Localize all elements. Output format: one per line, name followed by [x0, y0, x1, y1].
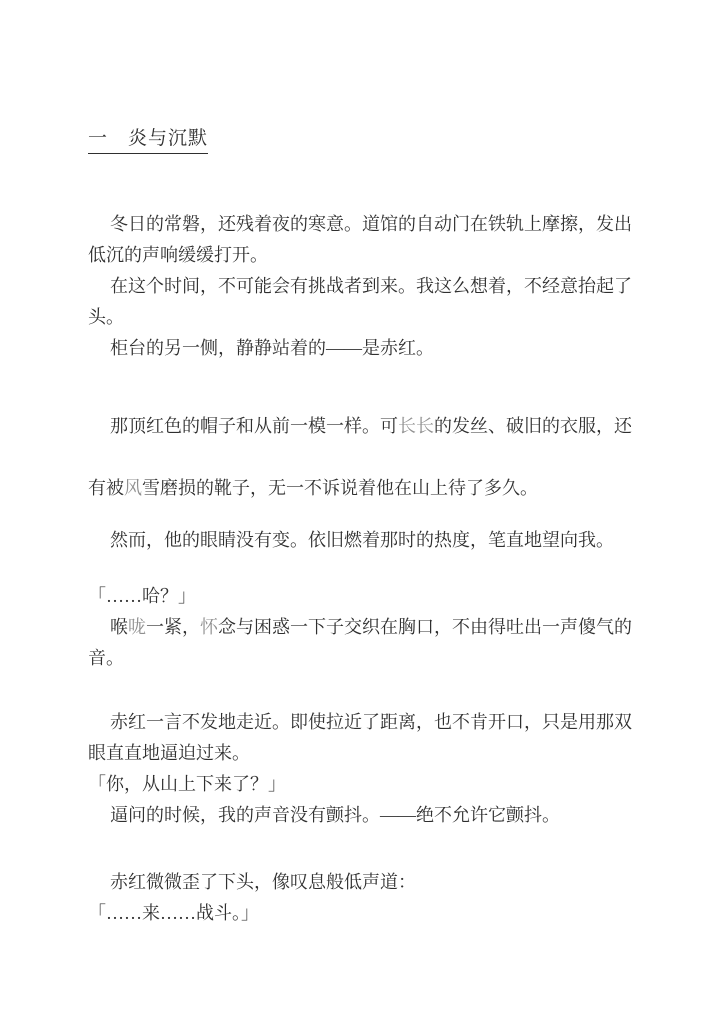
text-line: 音。 — [88, 643, 632, 674]
body-text: 然而，他的眼睛没有变。依旧燃着那时的热度，笔直地望向我。 — [110, 530, 614, 550]
body-text: 在这个时间，不可能会有挑战者到来。我这么想着，不经意抬起了 — [110, 276, 632, 296]
text-line: 眼直直地逼迫过来。 — [88, 738, 632, 769]
text-line: 冬日的常磐，还残着夜的寒意。道馆的自动门在铁轨上摩擦，发出 — [88, 209, 632, 240]
fallback-font-text: 怀 — [200, 617, 218, 637]
document-page: 一 炎与沉默 冬日的常磐，还残着夜的寒意。道馆的自动门在铁轨上摩擦，发出低沉的声… — [0, 0, 720, 1024]
text-line: 头。 — [88, 302, 632, 333]
fallback-font-text: 风 — [124, 478, 142, 498]
fallback-font-text: 咙 — [128, 617, 146, 637]
text-line: 喉咙一紧，怀念与困惑一下子交织在胸口，不由得吐出一声傻气的 — [88, 612, 632, 643]
body-text: 念与困惑一下子交织在胸口，不由得吐出一声傻气的 — [218, 617, 632, 637]
text-line: 赤红一言不发地走近。即使拉近了距离，也不肯开口，只是用那双 — [88, 707, 632, 738]
text-line: 赤红微微歪了下头，像叹息般低声道： — [88, 867, 632, 898]
text-line: 逼问的时候，我的声音没有颤抖。——绝不允许它颤抖。 — [88, 800, 632, 831]
fallback-font-text: 长长 — [398, 416, 434, 436]
body-text: 一紧， — [146, 617, 200, 637]
body-text: 「……来……战斗。」 — [88, 903, 259, 923]
text-line: 在这个时间，不可能会有挑战者到来。我这么想着，不经意抬起了 — [88, 271, 632, 302]
page-content: 冬日的常磐，还残着夜的寒意。道馆的自动门在铁轨上摩擦，发出低沉的声响缓缓打开。在… — [88, 209, 632, 929]
text-line: 「……哈？」 — [88, 581, 632, 612]
body-text: 赤红一言不发地走近。即使拉近了距离，也不肯开口，只是用那双 — [110, 712, 632, 732]
body-text: 有被 — [88, 478, 124, 498]
body-text: 低沉的声响缓缓打开。 — [88, 245, 268, 265]
text-line: 那顶红色的帽子和从前一模一样。可长长的发丝、破旧的衣服，还 — [88, 411, 632, 442]
text-line: 然而，他的眼睛没有变。依旧燃着那时的热度，笔直地望向我。 — [88, 525, 632, 556]
text-line: 有被风雪磨损的靴子，无一不诉说着他在山上待了多久。 — [88, 473, 632, 504]
body-text: 音。 — [88, 648, 124, 668]
body-text: 头。 — [88, 307, 124, 327]
body-text: 的发丝、破旧的衣服，还 — [434, 416, 632, 436]
body-text: 喉 — [110, 617, 128, 637]
text-line: 「……来……战斗。」 — [88, 898, 632, 929]
body-text: 眼直直地逼迫过来。 — [88, 743, 250, 763]
body-text: 那顶红色的帽子和从前一模一样。可 — [110, 416, 398, 436]
body-text: 柜台的另一侧，静静站着的——是赤红。 — [110, 338, 434, 358]
chapter-title: 一 炎与沉默 — [88, 126, 208, 154]
text-line: 柜台的另一侧，静静站着的——是赤红。 — [88, 333, 632, 364]
body-text: 冬日的常磐，还残着夜的寒意。道馆的自动门在铁轨上摩擦，发出 — [110, 214, 632, 234]
body-text: 「你，从山上下来了？」 — [88, 774, 286, 794]
text-line: 低沉的声响缓缓打开。 — [88, 240, 632, 271]
text-line: 「你，从山上下来了？」 — [88, 769, 632, 800]
body-text: 逼问的时候，我的声音没有颤抖。——绝不允许它颤抖。 — [110, 805, 560, 825]
body-text: 「……哈？」 — [88, 586, 196, 606]
body-text: 赤红微微歪了下头，像叹息般低声道： — [110, 872, 416, 892]
body-text: 雪磨损的靴子，无一不诉说着他在山上待了多久。 — [142, 478, 538, 498]
